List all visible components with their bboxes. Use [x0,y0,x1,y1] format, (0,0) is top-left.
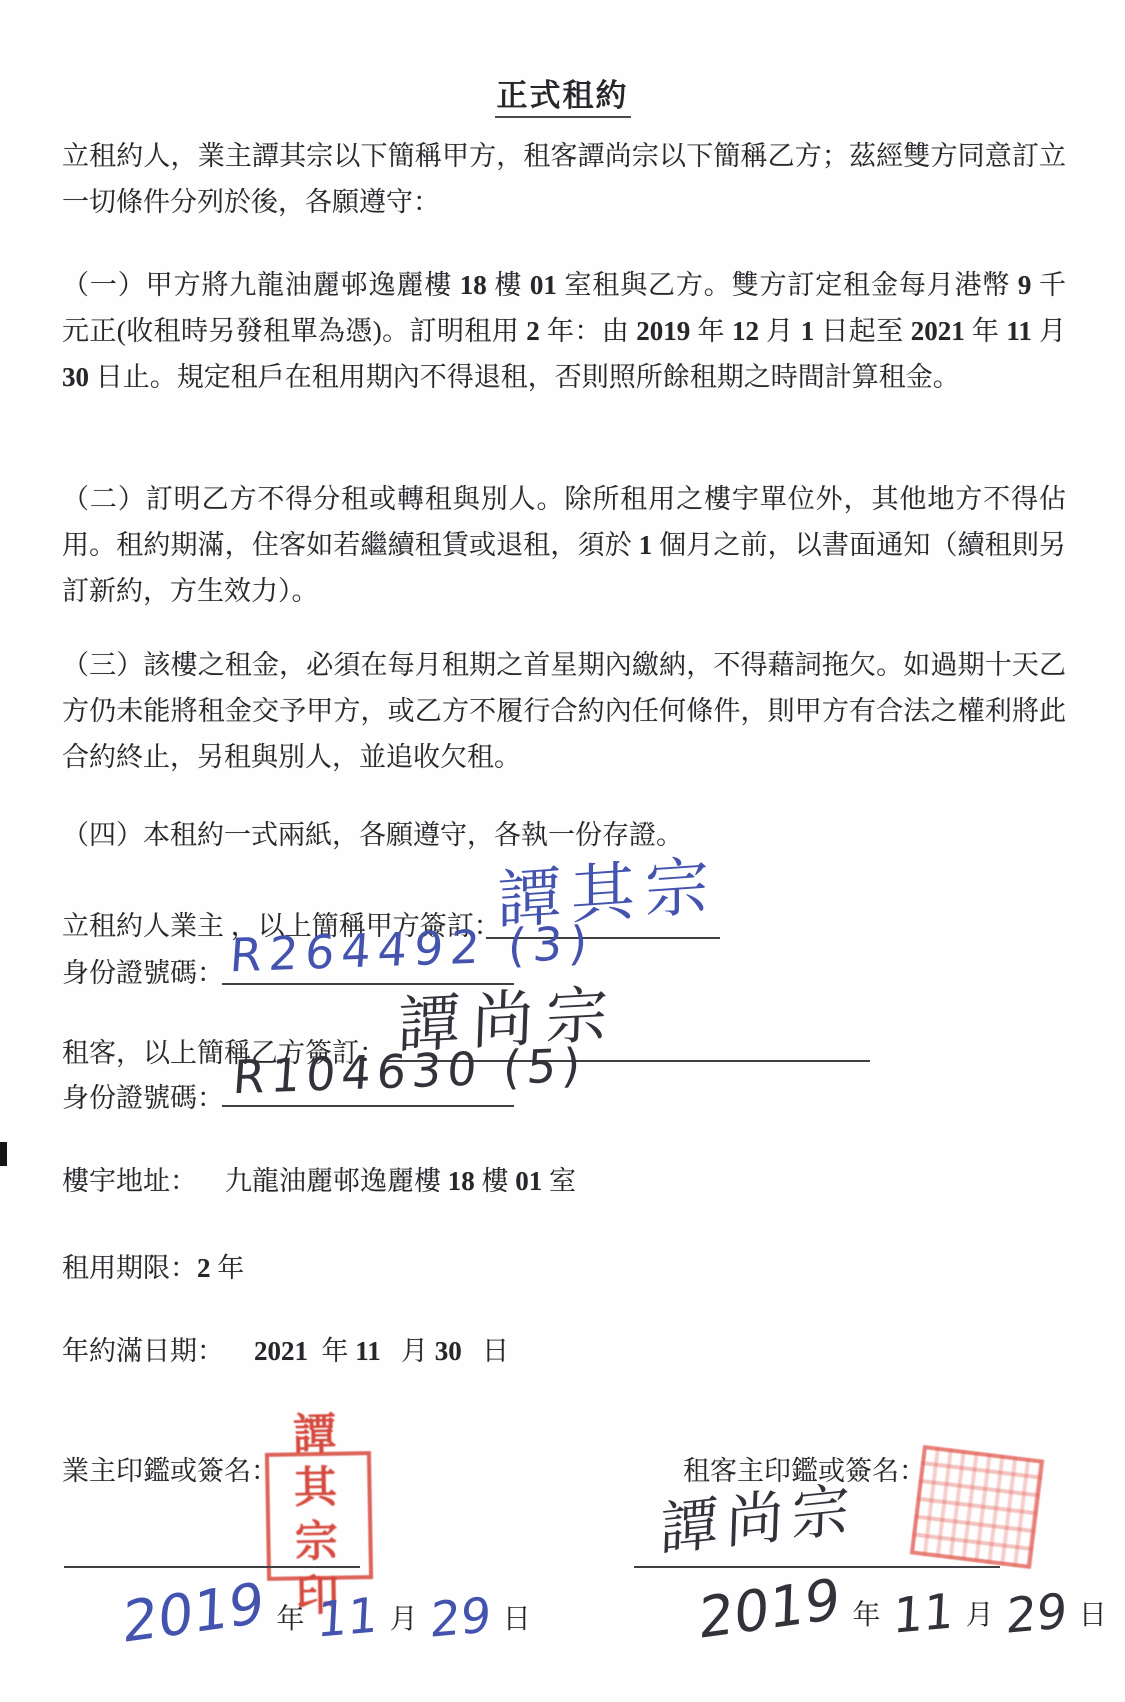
scan-edge-artifact [0,1142,7,1166]
expiry-label: 年約滿日期： [62,1336,224,1366]
tenant-date-day: 29 [1004,1587,1067,1641]
tenant-red-seal-stamp [910,1445,1044,1569]
lease-document-scan: 正式租約 立租約人，業主譚其宗以下簡稱甲方，租客譚尚宗以下簡稱乙方；茲經雙方同意… [0,0,1125,1702]
owner-id-label: 身份證號碼： [62,950,224,996]
owner-date-day: 29 [428,1591,491,1645]
tenant-date-year: 2019 [698,1572,841,1649]
owner-date-day-unit: 日 [503,1606,531,1634]
tenant-date: 2019 年 11 月 29 日 [698,1582,1107,1638]
term-row: 租用期限：2 年 [62,1245,244,1291]
owner-date: 2019 年 11 月 29 日 [122,1586,531,1642]
owner-stamp-signature-line [64,1566,360,1568]
tenant-id-label: 身份證號碼： [62,1075,224,1121]
address-value: 九龍油麗邨逸麗樓 18 樓 01 室 [225,1166,576,1196]
expiry-row: 年約滿日期：2021 年 11 月 30 日 [62,1328,509,1374]
tenant-date-month-unit: 月 [966,1602,994,1630]
tenant-id-line [222,1105,514,1107]
term-value: 2 年 [197,1253,244,1283]
tenant-stamp-signature-line [634,1566,1000,1568]
clause-3: （三）該樓之租金，必須在每月租期之首星期內繳納，不得藉詞拖欠。如過期十天乙方仍未… [62,642,1066,780]
owner-date-year: 2019 [122,1576,265,1653]
expiry-value: 2021 年 11 月 30 日 [254,1336,509,1366]
intro-paragraph: 立租約人，業主譚其宗以下簡稱甲方，租客譚尚宗以下簡稱乙方；茲經雙方同意訂立一切條… [62,133,1066,225]
document-title-text: 正式租約 [495,78,631,118]
tenant-date-day-unit: 日 [1079,1602,1107,1630]
term-label: 租用期限： [62,1253,197,1283]
owner-red-seal-stamp: 譚其宗印 [265,1451,373,1581]
tenant-date-year-unit: 年 [853,1602,881,1630]
address-label: 樓宇地址： [62,1166,197,1196]
owner-date-month: 11 [315,1591,378,1645]
tenant-id-handwriting: R104630 (5) [231,1038,588,1104]
tenant-date-month: 11 [891,1587,954,1641]
owner-date-month-unit: 月 [390,1606,418,1634]
owner-date-year-unit: 年 [277,1606,305,1634]
document-title: 正式租約 [0,70,1125,115]
address-row: 樓宇地址：九龍油麗邨逸麗樓 18 樓 01 室 [62,1158,576,1204]
clause-1: （一）甲方將九龍油麗邨逸麗樓 18 樓 01 室租與乙方。雙方訂定租金每月港幣 … [62,262,1066,400]
owner-seal-label: 業主印鑑或簽名： [62,1448,278,1494]
clause-2: （二）訂明乙方不得分租或轉租與別人。除所租用之樓宇單位外，其他地方不得佔用。租約… [62,476,1066,614]
